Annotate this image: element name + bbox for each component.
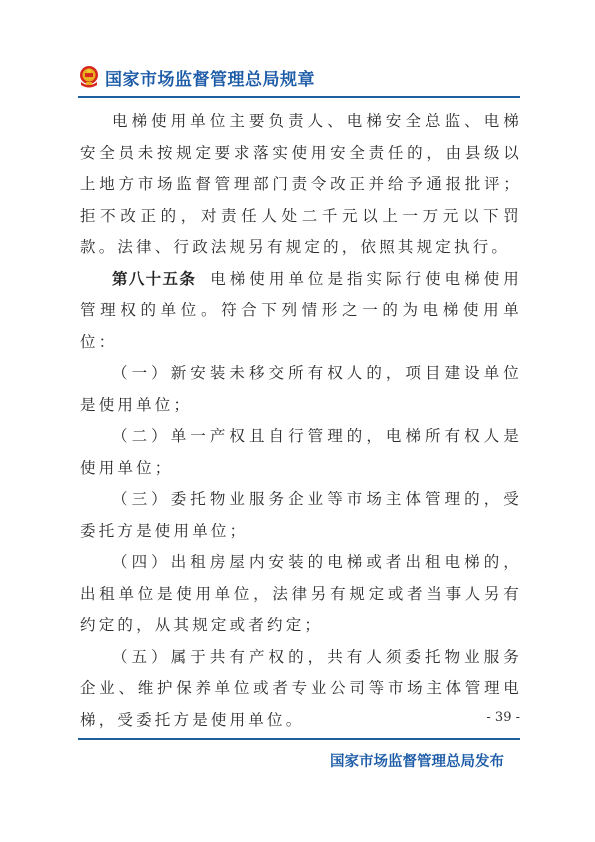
list-item: （五）属于共有产权的，共有人须委托物业服务企业、维护保养单位或者专业公司等市场主… [80, 642, 522, 737]
article-paragraph: 第八十五条电梯使用单位是指实际行使电梯使用管理权的单位。符合下列情形之一的为电梯… [80, 264, 522, 359]
list-item-text: （一）新安装未移交所有权人的，项目建设单位是使用单位； [80, 364, 522, 414]
list-item: （一）新安装未移交所有权人的，项目建设单位是使用单位； [80, 358, 522, 421]
national-emblem-icon [78, 65, 100, 89]
header-divider [78, 96, 520, 98]
page-number: - 39 - [486, 710, 520, 725]
footer-divider [78, 738, 520, 740]
paragraph-text: 电梯使用单位主要负责人、电梯安全总监、电梯安全员未按规定要求落实使用安全责任的，… [80, 112, 522, 256]
page-header: 国家市场监督管理总局规章 [78, 62, 315, 92]
list-item-text: （四）出租房屋内安装的电梯或者出租电梯的，出租单位是使用单位，法律另有规定或者当… [80, 553, 522, 634]
list-item: （三）委托物业服务企业等市场主体管理的，受委托方是使用单位； [80, 484, 522, 547]
list-item: （四）出租房屋内安装的电梯或者出租电梯的，出租单位是使用单位，法律另有规定或者当… [80, 547, 522, 642]
list-item-text: （二）单一产权且自行管理的，电梯所有权人是使用单位； [80, 427, 522, 477]
paragraph: 电梯使用单位主要负责人、电梯安全总监、电梯安全员未按规定要求落实使用安全责任的，… [80, 106, 522, 264]
list-item-text: （三）委托物业服务企业等市场主体管理的，受委托方是使用单位； [80, 490, 522, 540]
header-title: 国家市场监督管理总局规章 [105, 65, 315, 90]
document-body: 电梯使用单位主要负责人、电梯安全总监、电梯安全员未按规定要求落实使用安全责任的，… [80, 106, 522, 736]
footer-publisher: 国家市场监督管理总局发布 [330, 750, 504, 771]
article-number: 第八十五条 [112, 270, 196, 288]
list-item-text: （五）属于共有产权的，共有人须委托物业服务企业、维护保养单位或者专业公司等市场主… [80, 648, 522, 729]
list-item: （二）单一产权且自行管理的，电梯所有权人是使用单位； [80, 421, 522, 484]
